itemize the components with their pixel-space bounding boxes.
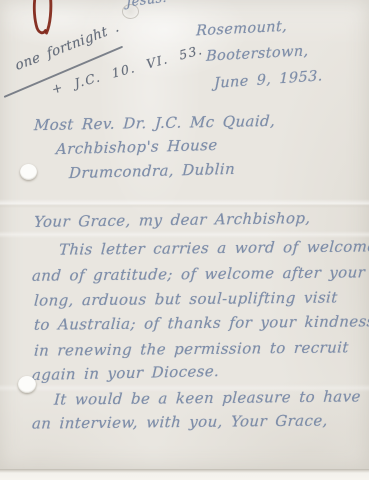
letter-paper: Jesus! one fortnight . + J.C. 10. VI. 53… [0, 0, 369, 469]
body-line: and of gratitude; of welcome after your [31, 263, 365, 285]
fold-crease [0, 231, 369, 238]
scanned-letter: Jesus! one fortnight . + J.C. 10. VI. 53… [0, 0, 369, 480]
body-line: again in your Diocese. [32, 362, 220, 384]
recipient-name: Most Rev. Dr. J.C. Mc Quaid, [34, 112, 276, 134]
red-ink-mark [30, 0, 56, 43]
scan-background-strip [0, 469, 369, 480]
body-line: in renewing the permission to recruit [33, 338, 349, 359]
recipient-address-line: Drumcondra, Dublin [69, 160, 236, 182]
body-line: It would be a keen pleasure to have [53, 387, 361, 408]
punch-hole [18, 376, 36, 393]
salutation: Your Grace, my dear Archbishop, [34, 209, 312, 231]
body-line: This letter carries a word of welcome [58, 237, 369, 258]
sender-address-line: Rosemount, [196, 19, 287, 40]
invocation-text: Jesus! [126, 0, 169, 11]
body-line: to Australia; of thanks for your kindnes… [33, 312, 369, 334]
punch-hole [20, 164, 37, 180]
body-line: an interview, with you, Your Grace, [31, 411, 328, 432]
recipient-address-line: Archbishop's House [56, 136, 218, 158]
fold-crease [0, 199, 369, 208]
sender-address-line: Booterstown, [206, 43, 309, 64]
body-line: long, arduous but soul-uplifting visit [33, 288, 338, 309]
letter-date: June 9, 1953. [214, 68, 323, 92]
